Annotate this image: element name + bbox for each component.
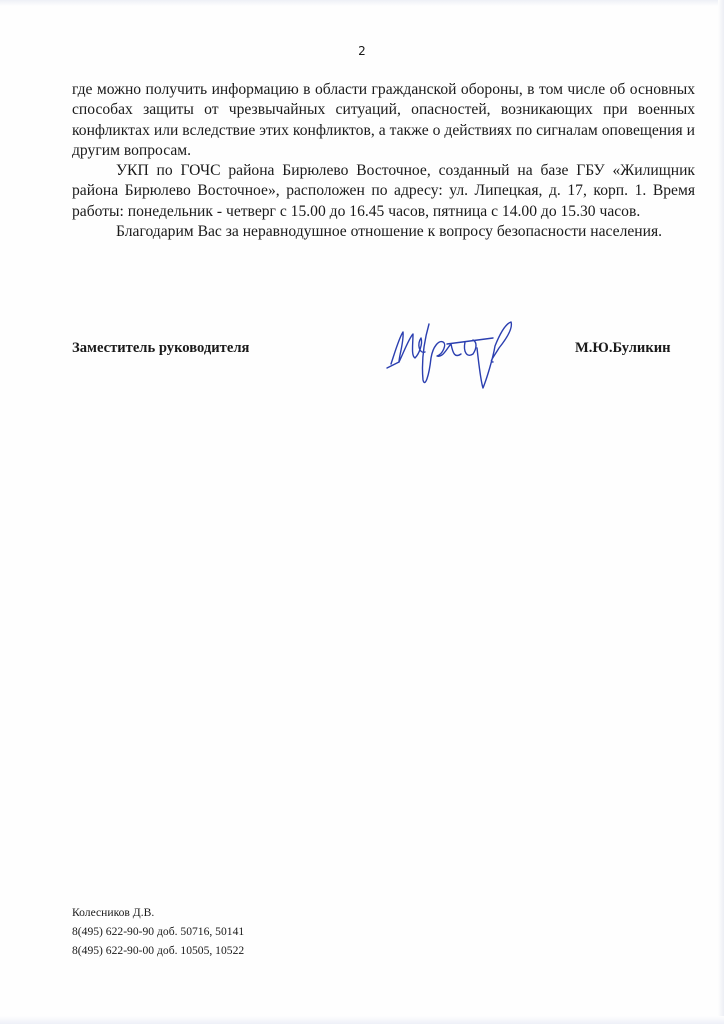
paragraph-thanks: Благодарим Вас за неравнодушное отношени… — [72, 222, 695, 242]
executor-name: Колесников Д.В. — [72, 903, 244, 922]
executor-phone-2: 8(495) 622-90-00 доб. 10505, 10522 — [72, 941, 244, 960]
paragraph-continuation: где можно получить информацию в области … — [72, 80, 695, 161]
signatory-name: М.Ю.Буликин — [575, 340, 671, 357]
paragraph-address: УКП по ГОЧС района Бирюлево Восточное, с… — [72, 161, 695, 222]
executor-contacts: Колесников Д.В. 8(495) 622-90-90 доб. 50… — [72, 903, 244, 960]
page-number: 2 — [0, 44, 724, 58]
signatory-role: Заместитель руководителя — [72, 340, 249, 357]
executor-phone-1: 8(495) 622-90-90 доб. 50716, 50141 — [72, 922, 244, 941]
handwritten-signature — [385, 318, 535, 398]
letter-body: где можно получить информацию в области … — [72, 80, 695, 242]
scan-edge — [718, 0, 724, 1024]
scan-edge — [0, 0, 724, 6]
scan-edge — [0, 1016, 724, 1024]
